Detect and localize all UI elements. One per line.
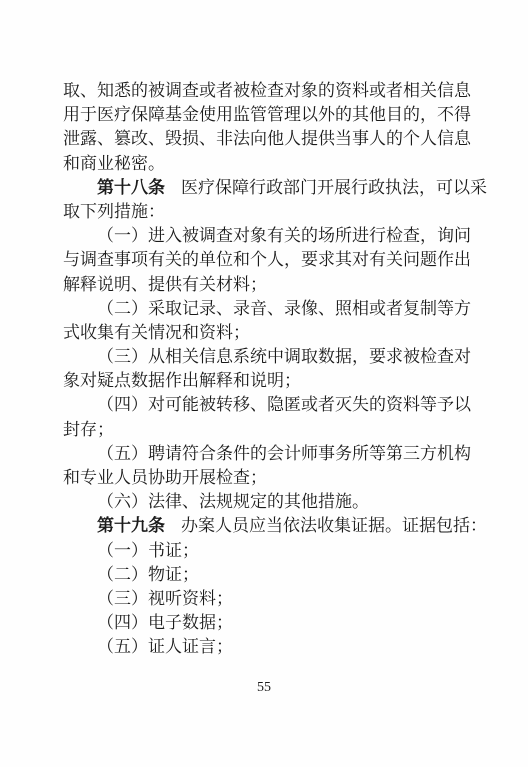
line-text: 解释说明、提供有关材料； — [63, 275, 267, 294]
list-item-3: （三）从相关信息系统中调取数据，要求被检查对 — [63, 345, 475, 369]
article-18-heading: 第十八条 — [97, 178, 165, 197]
line-text: 和商业秘密。 — [63, 154, 165, 173]
document-page: 取、知悉的被调查或者被检查对象的资料或者相关信息 用于医疗保障基金使用监管管理以… — [0, 0, 528, 767]
evidence-item-4: （四）电子数据； — [63, 611, 475, 635]
text-line: 和专业人员协助开展检查； — [63, 466, 475, 490]
text-line: 泄露、篡改、毁损、非法向他人提供当事人的个人信息 — [63, 127, 475, 151]
text-line: 用于医疗保障基金使用监管管理以外的其他目的，不得 — [63, 103, 475, 127]
article-19-heading: 第十九条 — [97, 516, 165, 535]
text-line: 式收集有关情况和资料； — [63, 321, 475, 345]
line-text: （六）法律、法规规定的其他措施。 — [97, 492, 369, 511]
line-text: 封存； — [63, 420, 114, 439]
line-text: （一）书证； — [97, 541, 199, 560]
article-18-line: 第十八条医疗保障行政部门开展行政执法，可以采 — [63, 176, 475, 200]
body-text-block: 取、知悉的被调查或者被检查对象的资料或者相关信息 用于医疗保障基金使用监管管理以… — [63, 79, 475, 660]
line-text: （三）视听资料； — [97, 589, 233, 608]
evidence-item-1: （一）书证； — [63, 539, 475, 563]
line-text: 取下列措施： — [63, 202, 165, 221]
line-text: 办案人员应当依法收集证据。证据包括： — [181, 516, 487, 535]
line-text: （二）采取记录、录音、录像、照相或者复制等方 — [97, 299, 471, 318]
line-text: 用于医疗保障基金使用监管管理以外的其他目的，不得 — [63, 105, 471, 124]
article-19-line: 第十九条办案人员应当依法收集证据。证据包括： — [63, 514, 475, 538]
list-item-6: （六）法律、法规规定的其他措施。 — [63, 490, 475, 514]
list-item-1: （一）进入被调查对象有关的场所进行检查，询问 — [63, 224, 475, 248]
line-text: 医疗保障行政部门开展行政执法，可以采 — [181, 178, 487, 197]
line-text: 象对疑点数据作出解释和说明； — [63, 371, 301, 390]
list-item-2: （二）采取记录、录音、录像、照相或者复制等方 — [63, 297, 475, 321]
list-item-4: （四）对可能被转移、隐匿或者灭失的资料等予以 — [63, 393, 475, 417]
line-text: （四）电子数据； — [97, 613, 233, 632]
line-text: 取、知悉的被调查或者被检查对象的资料或者相关信息 — [63, 81, 471, 100]
text-line: 解释说明、提供有关材料； — [63, 273, 475, 297]
line-text: 与调查事项有关的单位和个人，要求其对有关问题作出 — [63, 250, 471, 269]
line-text: （五）证人证言； — [97, 637, 233, 656]
line-text: （五）聘请符合条件的会计师事务所等第三方机构 — [97, 444, 471, 463]
page-number: 55 — [0, 679, 528, 697]
line-text: （一）进入被调查对象有关的场所进行检查，询问 — [97, 226, 471, 245]
text-line: 取下列措施： — [63, 200, 475, 224]
evidence-item-2: （二）物证； — [63, 563, 475, 587]
text-line: 取、知悉的被调查或者被检查对象的资料或者相关信息 — [63, 79, 475, 103]
evidence-item-3: （三）视听资料； — [63, 587, 475, 611]
line-text: （三）从相关信息系统中调取数据，要求被检查对 — [97, 347, 471, 366]
evidence-item-5: （五）证人证言； — [63, 635, 475, 659]
line-text: 式收集有关情况和资料； — [63, 323, 250, 342]
line-text: 泄露、篡改、毁损、非法向他人提供当事人的个人信息 — [63, 129, 471, 148]
text-line: 象对疑点数据作出解释和说明； — [63, 369, 475, 393]
line-text: 和专业人员协助开展检查； — [63, 468, 267, 487]
line-text: （二）物证； — [97, 565, 199, 584]
list-item-5: （五）聘请符合条件的会计师事务所等第三方机构 — [63, 442, 475, 466]
text-line: 封存； — [63, 418, 475, 442]
text-line: 和商业秘密。 — [63, 152, 475, 176]
line-text: （四）对可能被转移、隐匿或者灭失的资料等予以 — [97, 395, 471, 414]
text-line: 与调查事项有关的单位和个人，要求其对有关问题作出 — [63, 248, 475, 272]
